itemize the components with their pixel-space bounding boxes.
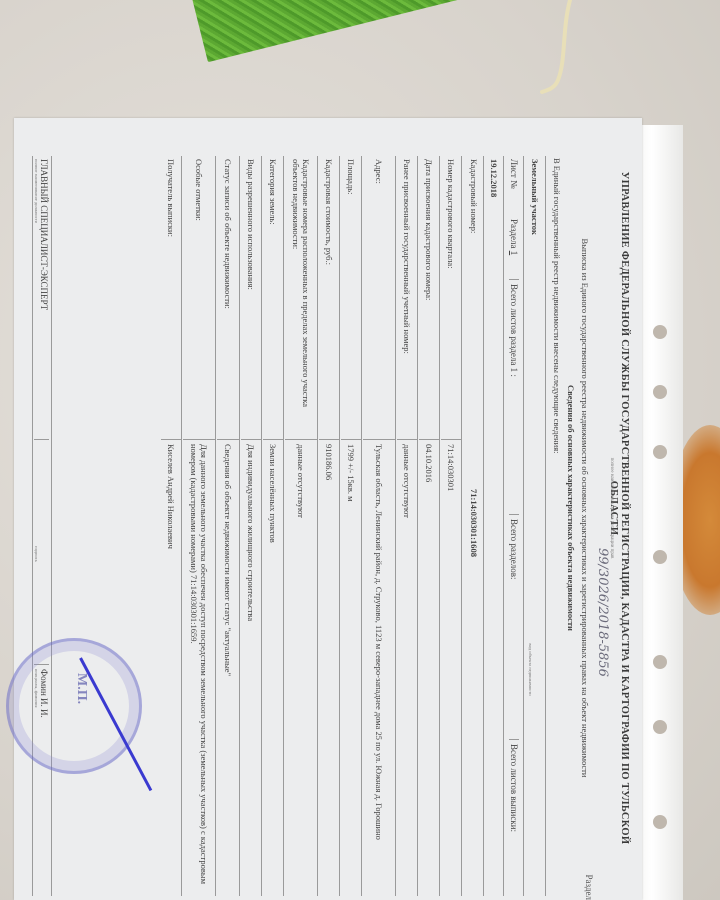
punch-hole [653,550,667,564]
sprout-stem [540,0,580,100]
grass-mat-background [185,0,460,62]
row-label: Площадь: [346,156,356,439]
row-value: Киселев Андрей Николаевич [161,439,181,896]
row-label: Адрес: [374,156,384,439]
section-corner-label: Раздел [584,875,594,900]
row-label: Ранее присвоенный государственный учетны… [402,156,412,439]
cadastral-number: 71:14:030301:1608 [465,439,483,896]
handwritten-registration-number: 99/3026/2018-5856 [595,548,610,677]
official-stamp: М.П. [6,638,142,774]
extract-subtitle: Выписка из Единого государственного реес… [580,158,590,858]
extract-date: 19.12.2018 [489,156,499,439]
punch-hole [653,445,667,459]
rotated-document: УПРАВЛЕНИЕ ФЕДЕРАЛЬНОЙ СЛУЖБЫ ГОСУДАРСТВ… [14,118,642,900]
sheet-info-row: Лист № Раздела 1 Всего листов раздела 1 … [505,156,524,896]
signature-caption: подпись [35,444,40,664]
table-row: Адрес:Тульская область, Ленинский район,… [363,156,396,896]
stamp-label: М.П. [73,673,89,704]
row-value: 04.10.2016 [419,439,439,896]
table-row: Получатель выписки:Киселев Андрей Никола… [161,156,182,896]
section-number: 1 [509,251,519,256]
section-label: Раздела [509,219,519,248]
row-value: Земли населённых пунктов [263,439,283,896]
row-value: данные отсутствуют [285,439,317,896]
row-label: Кадастровые номера расположенных в преде… [291,156,311,439]
punch-hole [653,815,667,829]
cadastral-number-row: Кадастровый номер: 71:14:030301:1608 [465,156,484,896]
intro-text: В Единый государственный реестр недвижим… [552,158,562,454]
signer-position: ГЛАВНЫЙ СПЕЦИАЛИСТ-ЭКСПЕРТ [40,159,50,439]
row-value: Для индивидуального жилищного строительс… [241,439,261,896]
table-row: Площадь:1799 +/- 15кв. м [341,156,362,896]
cadastral-number-label: Кадастровый номер: [469,156,479,439]
table-row: Номер кадастрового квартала:71:14:030301 [441,156,462,896]
row-value: Для данного земельного участка обеспечен… [183,439,215,896]
punch-hole [653,720,667,734]
table-row: Кадастровая стоимость, руб.:910186.06 [319,156,340,896]
punch-hole [653,325,667,339]
characteristics-subtitle: Сведения об основных характеристиках объ… [566,158,576,858]
issuer-caption: полное наименование органа регистрации п… [609,158,614,858]
total-sections: Всего разделов: [509,514,519,739]
row-value: Тульская область, Ленинский район, д. Ст… [363,439,395,896]
table-row: Дата присвоения кадастрового номера:04.1… [419,156,440,896]
row-value: данные отсутствуют [397,439,417,896]
total-sheets-extract: Всего листов выписки: [509,739,519,896]
object-type-caption: вид объекта недвижимости [525,643,535,695]
row-label: Виды разрешенного использования: [246,156,256,439]
table-row: Ранее присвоенный государственный учетны… [397,156,418,896]
row-label: Дата присвоения кадастрового номера: [424,156,434,439]
row-value: 1799 +/- 15кв. м [341,439,361,896]
total-sheets-section: Всего листов раздела 1 : [509,279,519,514]
date-row: 19.12.2018 [485,156,504,896]
signature-row: ГЛАВНЫЙ СПЕЦИАЛИСТ-ЭКСПЕРТ полное наимен… [32,156,52,896]
row-label: Статус записи об объекте недвижимости: [223,156,233,439]
row-label: Категория земель: [268,156,278,439]
document-sheet: УПРАВЛЕНИЕ ФЕДЕРАЛЬНОЙ СЛУЖБЫ ГОСУДАРСТВ… [14,118,642,900]
table-row: Особые отметки:Для данного земельного уч… [183,156,216,896]
row-value: 71:14:030301 [441,439,461,896]
row-value: 910186.06 [319,439,339,896]
row-label: Особые отметки: [194,156,204,439]
object-type-row: Земельный участок вид объекта недвижимос… [525,156,546,896]
row-label: Получатель выписки: [166,156,176,439]
sheet-number-label: Лист № [509,156,519,219]
row-label: Номер кадастрового квартала: [446,156,456,439]
punch-hole [653,655,667,669]
table-row: Виды разрешенного использования:Для инди… [241,156,262,896]
table-row: Категория земель:Земли населённых пункто… [263,156,284,896]
punch-hole [653,385,667,399]
table-row: Статус записи об объекте недвижимости:Св… [217,156,240,896]
row-label: Кадастровая стоимость, руб.: [324,156,334,439]
row-value: Сведения об объекте недвижимости имеют с… [217,439,239,896]
object-type: Земельный участок [530,156,540,439]
table-row: Кадастровые номера расположенных в преде… [285,156,318,896]
